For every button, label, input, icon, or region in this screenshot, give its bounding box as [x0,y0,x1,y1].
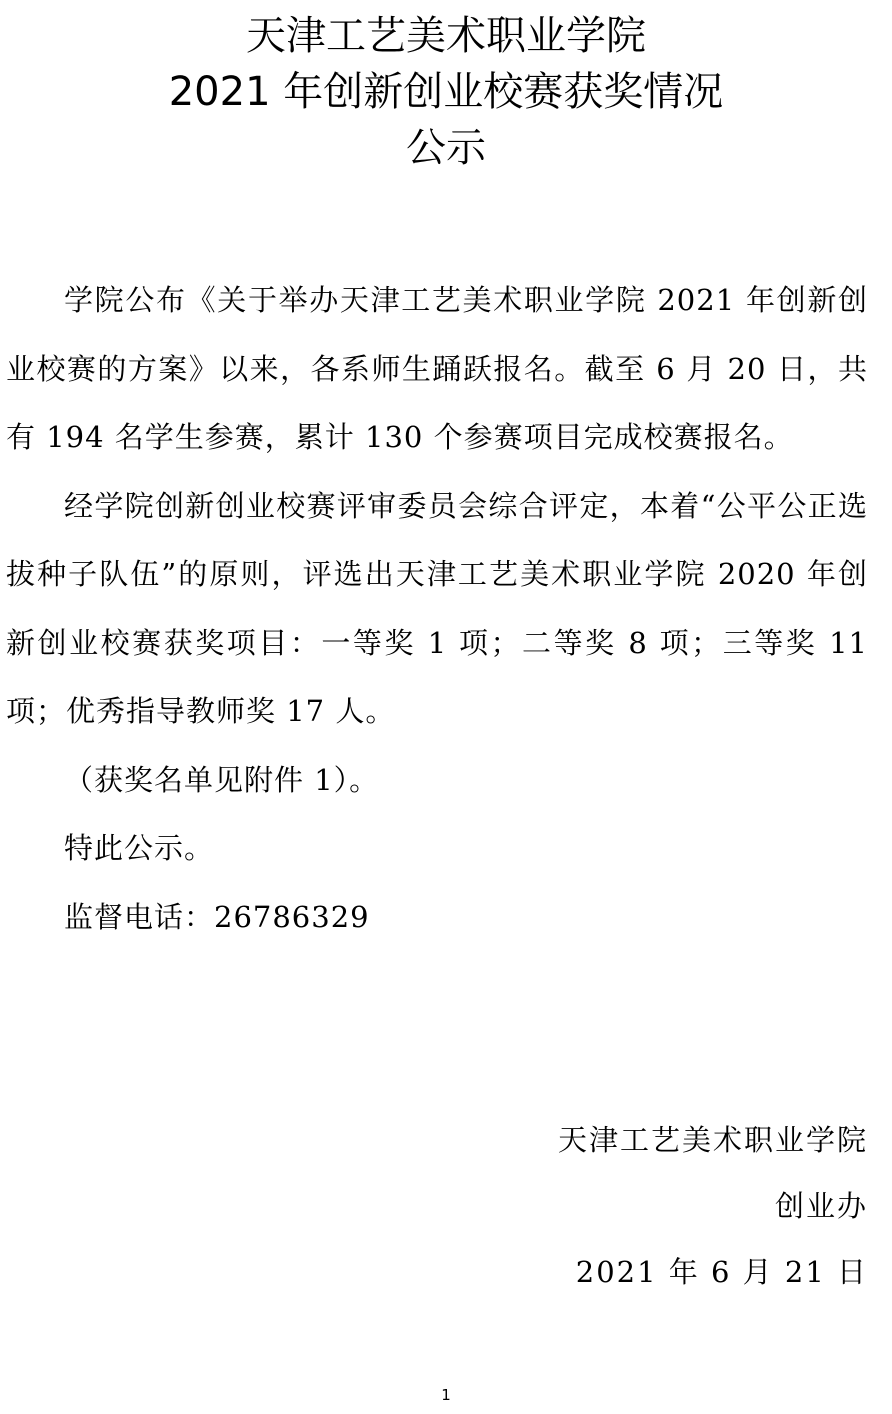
title-line-subject: 2021 年创新创业校赛获奖情况 [0,64,892,120]
signature-department: 创业办 [558,1173,868,1239]
signature-date: 2021 年 6 月 21 日 [558,1239,868,1305]
paragraph-notice: 特此公示。 [6,814,868,883]
paragraph-hotline: 监督电话：26786329 [6,883,868,952]
document-body: 学院公布《关于举办天津工艺美术职业学院 2021 年创新创业校赛的方案》以来，各… [6,266,868,951]
signature-block: 天津工艺美术职业学院 创业办 2021 年 6 月 21 日 [558,1107,868,1305]
title-line-institution: 天津工艺美术职业学院 [0,8,892,64]
page-number: 1 [0,1386,892,1404]
paragraph-results: 经学院创新创业校赛评审委员会综合评定，本着“公平公正选拔种子队伍”的原则，评选出… [6,472,868,746]
title-line-notice: 公示 [0,120,892,176]
signature-organization: 天津工艺美术职业学院 [558,1107,868,1173]
paragraph-attachment-note: （获奖名单见附件 1）。 [6,746,868,815]
paragraph-registration: 学院公布《关于举办天津工艺美术职业学院 2021 年创新创业校赛的方案》以来，各… [6,266,868,472]
document-title: 天津工艺美术职业学院 2021 年创新创业校赛获奖情况 公示 [0,8,892,176]
